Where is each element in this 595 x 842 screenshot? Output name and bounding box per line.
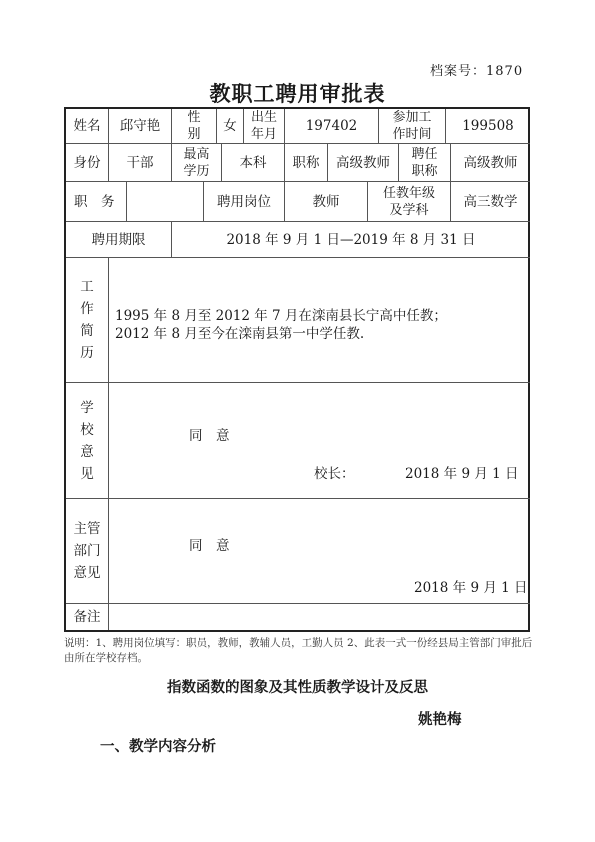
education-value: 本科: [222, 144, 285, 182]
form-title: 教职工聘用审批表: [0, 78, 595, 108]
article-author: 姚艳梅: [418, 708, 462, 729]
archive-number: 档案号：1870: [430, 60, 523, 79]
section-heading: 一、教学内容分析: [100, 735, 216, 756]
gender-value: 女: [217, 109, 244, 144]
education-label: 最高 学历: [172, 144, 222, 182]
title-value: 高级教师: [328, 144, 399, 182]
authority-opinion-date: 2018 年 9 月 1 日: [414, 579, 528, 597]
school-opinion-text: 同 意: [189, 427, 230, 445]
birth-value: 197402: [285, 109, 379, 144]
school-opinion-content: 同 意 校长： 2018 年 9 月 1 日: [109, 383, 530, 499]
grade-subject-value: 高三数学: [451, 182, 530, 222]
term-label: 聘用期限: [66, 222, 172, 258]
authority-opinion-content: 同 意 2018 年 9 月 1 日: [109, 499, 530, 604]
school-opinion-label: 学 校 意 见: [66, 383, 109, 499]
appointed-title-value: 高级教师: [451, 144, 530, 182]
work-history-line-1: 1995 年 8 月至 2012 年 7 月在滦南县长宁高中任教；: [115, 307, 447, 325]
duty-label: 职 务: [66, 182, 127, 222]
remarks-label: 备注: [66, 604, 109, 630]
identity-label: 身份: [66, 144, 109, 182]
approval-form-table: 姓名 邱守艳 性 别 女 出生 年月 197402 参加工 作时间 199508…: [64, 107, 530, 632]
position-value: 教师: [285, 182, 368, 222]
authority-opinion-text: 同 意: [189, 537, 230, 555]
identity-value: 干部: [109, 144, 172, 182]
work-start-value: 199508: [446, 109, 530, 144]
name-value: 邱守艳: [109, 109, 172, 144]
authority-opinion-label: 主管 部门 意见: [66, 499, 109, 604]
work-start-label: 参加工 作时间: [379, 109, 446, 144]
school-opinion-date: 2018 年 9 月 1 日: [405, 465, 519, 483]
work-history-content: 1995 年 8 月至 2012 年 7 月在滦南县长宁高中任教； 2012 年…: [109, 258, 530, 383]
article-title: 指数函数的图象及其性质教学设计及反思: [0, 676, 595, 697]
gender-label: 性 别: [172, 109, 217, 144]
footnote: 说明：1、聘用岗位填写：职员，教师，教辅人员，工勤人员 2、此表一式一份经县局主…: [64, 636, 534, 666]
work-history-label: 工 作 简 历: [66, 258, 109, 383]
appointed-title-label: 聘任 职称: [399, 144, 451, 182]
title-label: 职称: [285, 144, 328, 182]
grade-subject-label: 任教年级 及学科: [368, 182, 451, 222]
principal-label: 校长：: [314, 465, 355, 483]
term-value: 2018 年 9 月 1 日—2019 年 8 月 31 日: [172, 222, 530, 258]
remarks-value: [109, 604, 530, 630]
duty-value: [127, 182, 204, 222]
birth-label: 出生 年月: [244, 109, 285, 144]
position-label: 聘用岗位: [204, 182, 285, 222]
name-label: 姓名: [66, 109, 109, 144]
work-history-line-2: 2012 年 8 月至今在滦南县第一中学任教.: [115, 325, 364, 343]
